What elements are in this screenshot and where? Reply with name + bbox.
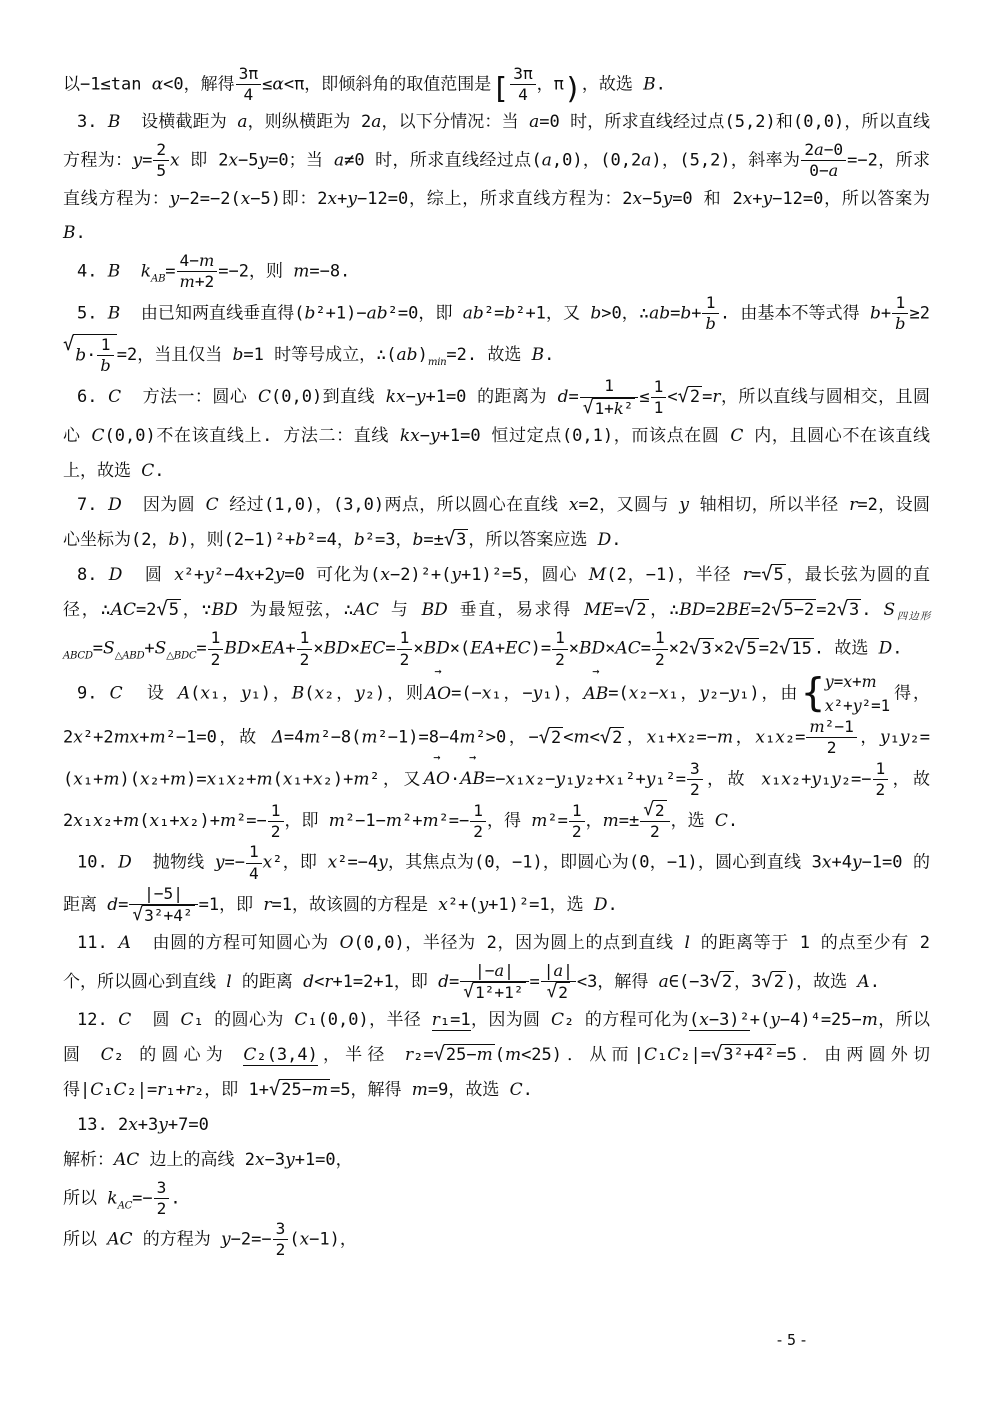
underlined-text: C₂(3,4) [243,1045,317,1066]
vector: →AO [425,677,451,712]
fraction: 32 [687,759,703,800]
fraction: 4−mm+2 [177,251,218,292]
big-bracket: ) [564,72,582,107]
page-number: -5- [775,1330,811,1351]
fraction: 1b [97,335,113,376]
underlined-text: (x−3)² [689,1010,750,1031]
paragraph: 12. C 圆 C₁ 的圆心为 C₁(0,0)，半径 r₁=1，因为圆 C₂ 的… [63,1003,930,1108]
fraction: 12 [208,628,224,669]
fraction: 3π4 [510,64,535,105]
radical: √b·1b [63,334,117,376]
fraction: 14 [246,842,262,883]
document-page: 以−1≤tan α<0，解得3π4≤α<π，即倾斜角的取值范围是[3π4，π)，… [0,0,992,1403]
radical: √3 [444,529,469,551]
fraction: |−5|√3²+4² [129,884,197,926]
paragraph: 所以 kAC=−32. [63,1178,930,1219]
radical: √3 [689,638,714,660]
fraction: 12 [397,628,413,669]
paragraph: 4. B kAB=4−mm+2=−2，则 m=−8. [63,251,930,292]
paragraph: 11. A 由圆的方程可知圆心为 O(0,0)，半径为 2，因为圆上的点到直线 … [63,926,930,1003]
radical: √5−2 [771,599,816,621]
vector: →AB [583,677,608,712]
fraction: 32 [154,1178,170,1219]
radical: √2 [710,971,735,993]
paragraph: 8. D 圆 x²+y²−4x+2y=0 可化为(x−2)²+(y+1)²=5，… [63,558,930,670]
fraction: 1b [892,293,908,334]
document-body: 以−1≤tan α<0，解得3π4≤α<π，即倾斜角的取值范围是[3π4，π)，… [63,64,930,1260]
radical: √2 [643,800,666,821]
paragraph: 13. 2x+3y+7=0 [63,1108,930,1143]
radical: √2 [624,599,649,621]
equation-system: {y=x+mx²+y²=1 [801,670,890,717]
radical: √2 [600,727,625,749]
paragraph: 所以 AC 的方程为 y−2=−32(x−1)， [63,1219,930,1260]
radical: √5 [156,599,181,621]
fraction: 12 [569,801,585,842]
fraction: √22 [640,800,669,842]
fraction: 12 [268,801,284,842]
fraction: 12 [873,759,889,800]
vector: →AO [424,762,450,797]
fraction: 11 [651,377,667,418]
paragraph: 以−1≤tan α<0，解得3π4≤α<π，即倾斜角的取值范围是[3π4，π)，… [63,64,930,105]
paragraph: 3. B 设横截距为 a，则纵横距为 2a，以下分情况：当 a=0 时，所求直线… [63,105,930,251]
paragraph: 9. C 设 A(x₁，y₁)，B(x₂，y₂)，则→AO=(−x₁，−y₁)，… [63,670,930,843]
radical: √3²+4² [711,1044,776,1066]
radical: √15 [779,638,814,660]
radical: √3²+4² [132,905,194,926]
big-bracket: [ [491,72,509,107]
fraction: 25 [153,140,169,181]
fraction: 12 [470,801,486,842]
radical: √3 [837,599,862,621]
radical: √2 [539,727,564,749]
paragraph: 10. D 抛物线 y=−14x²，即 x²=−4y，其焦点为(0，−1)，即圆… [63,842,930,926]
paragraph: 6. C 方法一：圆心 C(0,0)到直线 kx−y+1=0 的距离为 d=1√… [63,376,930,488]
fraction: m²−12 [806,717,856,758]
fraction: 3π4 [236,64,261,105]
fraction: 32 [273,1219,289,1260]
fraction: 1b [702,293,718,334]
radical: √1+k² [583,398,636,419]
radical: √2 [547,982,570,1003]
paragraph: 5. B 由已知两直线垂直得(b²+1)−ab²=0，即 ab²=b²+1，又 … [63,293,930,377]
fraction: 2a−00−a [801,140,846,181]
paragraph: 7. D 因为圆 C 经过(1,0)，(3,0)两点，所以圆心在直线 x=2，又… [63,488,930,558]
paragraph: 解析：AC 边上的高线 2x−3y+1=0， [63,1143,930,1178]
underlined-text: r₁=1 [432,1010,471,1031]
fraction: 12 [552,628,568,669]
radical: √5 [734,638,759,660]
radical: √2 [678,386,703,408]
fraction: 1√1+k² [580,376,639,418]
fraction: 12 [652,628,668,669]
vector: →AB [460,762,485,797]
fraction: |−a|√1²+1² [460,961,528,1003]
fraction: |a|√2 [541,961,576,1003]
radical: √25−m [269,1079,330,1101]
fraction: 12 [297,628,313,669]
radical: √5 [761,564,786,586]
radical: √1²+1² [463,982,525,1003]
radical: √2 [761,971,786,993]
radical: √25−m [434,1044,495,1066]
